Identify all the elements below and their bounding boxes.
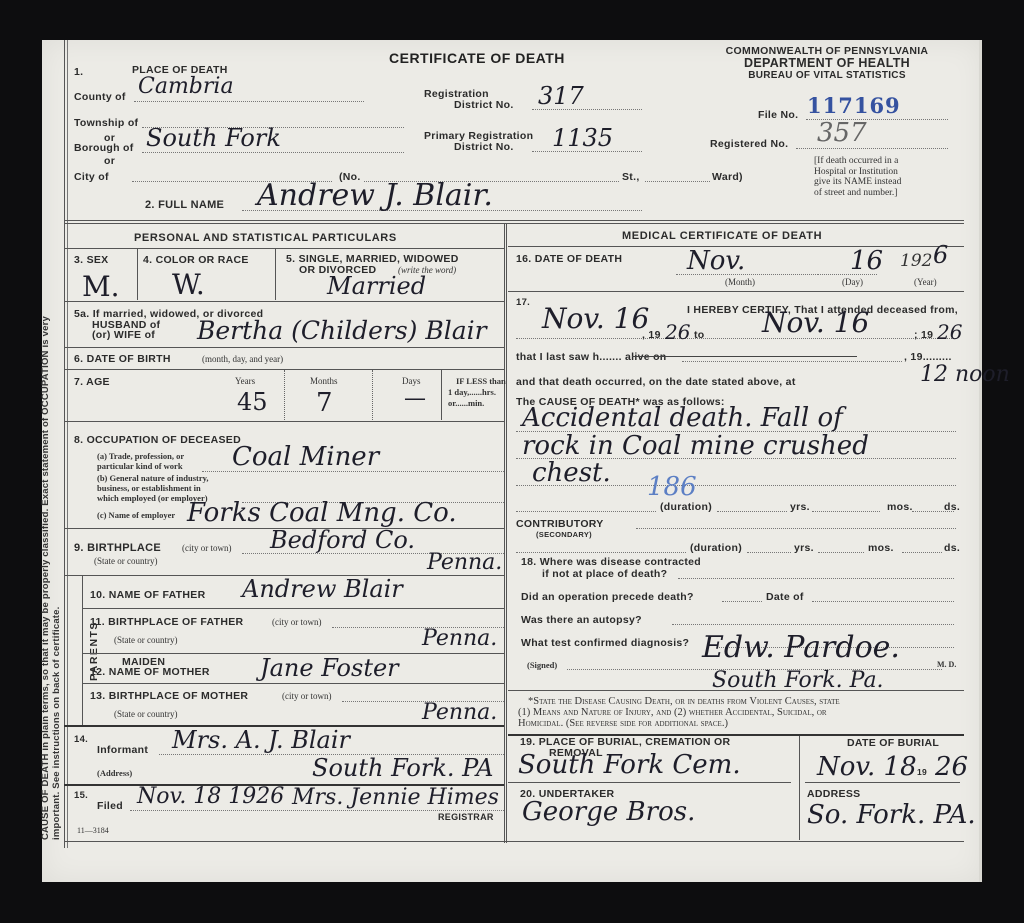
contrib-yrs-label: yrs. <box>794 542 814 554</box>
days-label: Days <box>402 376 421 386</box>
death-certificate: CAUSE OF DEATH in plain terms, so that i… <box>42 40 982 882</box>
county-line <box>134 101 364 102</box>
county-label: County of <box>74 91 126 103</box>
divider <box>64 220 964 221</box>
undertaker-address-value: So. Fork. PA. <box>807 800 976 830</box>
months-label: Months <box>310 376 338 386</box>
md-label: M. D. <box>937 660 956 669</box>
cell-divider <box>799 736 800 840</box>
occ-a-label-line: (a) Trade, profession, or <box>97 451 184 461</box>
column-divider <box>504 223 507 843</box>
dob-label: 6. DATE OF BIRTH <box>74 353 171 365</box>
certify-number: 17. <box>516 297 530 308</box>
death-year-label: (Year) <box>914 277 937 287</box>
death-year-prefix: 192 <box>900 251 932 271</box>
race-label: 4. COLOR OR RACE <box>143 254 249 266</box>
months-value: 7 <box>316 388 333 418</box>
father-name-label: 10. NAME OF FATHER <box>90 589 205 601</box>
death-month-value: Nov. <box>687 246 745 276</box>
hospital-note-line: [If death occurred in a <box>814 156 901 167</box>
personal-heading: PERSONAL AND STATISTICAL PARTICULARS <box>134 232 397 244</box>
mother-birthplace-value: Penna. <box>422 700 497 725</box>
autopsy-line <box>672 624 954 625</box>
secondary-label: (SECONDARY) <box>536 530 592 539</box>
less-than-line: or......min. <box>448 398 506 409</box>
borough-value: South Fork <box>146 124 281 152</box>
burial-place-value: South Fork Cem. <box>518 750 741 780</box>
years-value: 45 <box>237 388 268 416</box>
registered-no-line <box>796 148 948 149</box>
attended-from-year-prefix: , 19 <box>642 329 661 341</box>
informant-label: Informant <box>97 744 148 756</box>
attended-to-year-prefix: ; 19 <box>914 329 933 341</box>
last-saw-text: that I last saw h....... alive on <box>516 351 667 363</box>
yrs-label: yrs. <box>790 501 810 513</box>
death-month-label: (Month) <box>725 277 755 287</box>
street-label: St., <box>622 171 640 183</box>
cell-divider <box>137 248 138 300</box>
divider <box>82 608 504 609</box>
divider <box>508 782 791 783</box>
attended-from-year: 26 <box>665 320 690 344</box>
death-year-value: 6 <box>933 241 948 269</box>
mother-state-label: (State or country) <box>114 709 177 719</box>
duration-mos-line <box>812 511 880 512</box>
footnote-line: (1) Means and Nature of Injury, and (2) … <box>518 707 840 718</box>
last-saw-line <box>682 361 902 362</box>
contrib-mos-label: mos. <box>868 542 894 554</box>
years-label: Years <box>235 376 255 386</box>
cause-footnote: *State the Disease Causing Death, or in … <box>518 696 840 729</box>
city-label: City of <box>74 171 109 183</box>
days-value: — <box>404 386 426 411</box>
contributory-line <box>636 528 956 529</box>
sex-label: 3. SEX <box>74 254 108 266</box>
agency-line3: BUREAU OF VITAL STATISTICS <box>702 70 952 81</box>
filed-date-value: Nov. 18 1926 <box>137 784 284 809</box>
date-of-label: Date of <box>766 591 804 603</box>
informant-address-label: (Address) <box>97 768 132 778</box>
reg-district-label2: District No. <box>454 99 514 111</box>
contrib-mos-line <box>818 552 864 553</box>
hospital-note-line: of street and number.] <box>814 188 901 199</box>
divider <box>82 683 504 684</box>
margin-note-line2: important. See instructions on back of c… <box>51 80 62 840</box>
occ-c-value: Forks Coal Mng. Co. <box>187 498 457 528</box>
primary-reg-value: 1135 <box>552 124 613 152</box>
cause-line-2: rock in Coal mine crushed <box>522 431 869 461</box>
time-of-death-value: 12 noon <box>920 362 1010 387</box>
less-than-line: 1 day,......hrs. <box>448 387 506 398</box>
birthplace-state-label: (State or country) <box>94 556 157 566</box>
mother-name-label: 12. NAME OF MOTHER <box>90 666 210 678</box>
birthplace-label: 9. BIRTHPLACE <box>74 542 161 554</box>
registered-no-value: 357 <box>817 118 867 148</box>
occ-a-label: (a) Trade, profession, or particular kin… <box>97 451 184 471</box>
contracted-line <box>678 578 954 579</box>
occ-a-value: Coal Miner <box>232 442 379 472</box>
ward-line <box>645 181 710 182</box>
date-of-death-label: 16. DATE OF DEATH <box>516 253 622 265</box>
registered-no-label: Registered No. <box>710 138 788 150</box>
undertaker-address-label: ADDRESS <box>807 788 860 800</box>
medical-heading: MEDICAL CERTIFICATE OF DEATH <box>622 230 822 242</box>
test-label: What test confirmed diagnosis? <box>521 637 689 649</box>
county-value: Cambria <box>138 74 234 99</box>
burial-date-value: Nov. 18 <box>817 752 917 782</box>
primary-reg-label2: District No. <box>454 141 514 153</box>
registrar-value: Mrs. Jennie Himes <box>292 785 499 810</box>
agency-line2: DEPARTMENT OF HEALTH <box>702 57 952 70</box>
attended-line <box>516 338 956 339</box>
divider <box>508 291 964 292</box>
operation-date-line <box>812 601 954 602</box>
attended-to-value: Nov. 16 <box>762 306 869 339</box>
signed-label: (Signed) <box>527 660 557 670</box>
attended-to-year: 26 <box>937 320 962 344</box>
spouse-label3: (or) WIFE of <box>92 329 155 341</box>
father-name-value: Andrew Blair <box>242 575 403 603</box>
mother-birthplace-label: 13. BIRTHPLACE OF MOTHER <box>90 690 248 702</box>
birthplace-city-value: Bedford Co. <box>270 526 415 554</box>
cause-code: 186 <box>647 472 697 502</box>
father-birthplace-value: Penna. <box>422 626 497 651</box>
footnote-line: *State the Disease Causing Death, or in … <box>518 696 840 707</box>
contrib-ds-label: ds. <box>944 542 960 554</box>
file-no-label: File No. <box>758 109 798 121</box>
hospital-note: [If death occurred in a Hospital or Inst… <box>814 156 901 198</box>
cell-divider <box>372 370 373 420</box>
occ-c-label: (c) Name of employer <box>97 510 175 520</box>
occ-b-label-line: business, or establishment in <box>97 483 209 493</box>
form-number: 11—3184 <box>77 826 109 835</box>
operation-line <box>722 601 762 602</box>
duration-line <box>516 511 656 512</box>
birthplace-note: (city or town) <box>182 543 232 553</box>
file-no-value: 117169 <box>807 93 901 118</box>
marital-value: Married <box>327 272 426 300</box>
cell-divider <box>275 248 276 300</box>
township-label: Township of <box>74 117 138 129</box>
birthplace-state-value: Penna. <box>427 550 502 575</box>
strike-line <box>632 356 857 357</box>
divider <box>64 421 504 422</box>
mother-name-value: Jane Foster <box>260 654 399 682</box>
mother-birthplace-note: (city or town) <box>282 691 332 701</box>
ds-label: ds. <box>944 501 960 513</box>
divider <box>64 347 504 348</box>
age-label: 7. AGE <box>74 376 110 388</box>
signature-value: Edw. Pardoe. <box>702 630 900 665</box>
informant-address-value: South Fork. PA <box>312 754 493 782</box>
occ-b-label-line: (b) General nature of industry, <box>97 473 209 483</box>
cause-line-1: Accidental death. Fall of <box>522 403 843 433</box>
filed-label: Filed <box>97 800 123 812</box>
autopsy-label: Was there an autopsy? <box>521 614 642 626</box>
duration-yrs-line <box>717 511 787 512</box>
mos-label: mos. <box>887 501 913 513</box>
contracted-label1: 18. Where was disease contracted <box>521 556 701 568</box>
occupation-label: 8. OCCUPATION OF DECEASED <box>74 434 241 446</box>
agency-header: COMMONWEALTH OF PENNSYLVANIA DEPARTMENT … <box>702 45 952 81</box>
occ-a-label-line: particular kind of work <box>97 461 184 471</box>
cause-line-3: chest. <box>532 458 611 488</box>
footnote-line: Homicidal. (See reverse side for additio… <box>518 718 840 729</box>
operation-label: Did an operation precede death? <box>521 591 694 603</box>
section-1-number: 1. <box>74 66 83 78</box>
reg-district-value: 317 <box>538 82 584 110</box>
spouse-value: Bertha (Childers) Blair <box>197 316 487 345</box>
dob-note: (month, day, and year) <box>202 354 283 364</box>
informant-number: 14. <box>74 734 88 745</box>
parents-divider <box>82 575 83 725</box>
contrib-ds-line <box>902 552 942 553</box>
divider <box>508 690 964 691</box>
burial-year-value: 26 <box>935 752 968 782</box>
borough-line <box>142 152 404 153</box>
burial-date-label: DATE OF BURIAL <box>847 737 939 749</box>
certificate-title: CERTIFICATE OF DEATH <box>389 50 565 66</box>
father-state-label: (State or country) <box>114 635 177 645</box>
registrar-label: REGISTRAR <box>438 812 494 822</box>
hospital-note-line: give its NAME instead <box>814 177 901 188</box>
full-name-value: Andrew J. Blair. <box>257 178 493 213</box>
contributory-duration-line <box>516 552 686 553</box>
less-than-day: IF LESS than 1 day,......hrs. or......mi… <box>448 376 506 409</box>
filed-number: 15. <box>74 790 88 801</box>
death-day-label: (Day) <box>842 277 863 287</box>
to-label: to <box>694 329 705 341</box>
cell-divider <box>284 370 285 420</box>
occurred-text: and that death occurred, on the date sta… <box>516 376 796 388</box>
undertaker-value: George Bros. <box>522 797 695 827</box>
bottom-divider <box>64 841 964 842</box>
ward-label: Ward) <box>712 171 743 183</box>
contracted-label2: if not at place of death? <box>542 568 667 580</box>
divider <box>64 248 504 249</box>
burial-year-prefix: 19 <box>917 767 927 777</box>
margin-note-line1: CAUSE OF DEATH in plain terms, so that i… <box>40 80 51 840</box>
less-than-line: IF LESS than <box>448 376 506 387</box>
cell-divider <box>441 370 442 420</box>
father-birthplace-label: 11. BIRTHPLACE OF FATHER <box>90 616 243 628</box>
contrib-duration-label: (duration) <box>690 542 742 554</box>
race-value: W. <box>172 268 205 301</box>
paper-edge <box>979 40 982 882</box>
father-birthplace-note: (city or town) <box>272 617 322 627</box>
contributory-label: CONTRIBUTORY <box>516 518 604 530</box>
death-day-value: 16 <box>850 246 883 276</box>
full-name-label: 2. FULL NAME <box>145 199 224 211</box>
informant-value: Mrs. A. J. Blair <box>172 726 350 754</box>
divider <box>64 301 504 302</box>
sex-value: M. <box>82 270 120 303</box>
duration-label: (duration) <box>660 501 712 513</box>
attended-from-value: Nov. 16 <box>542 302 649 335</box>
borough-label: Borough of <box>74 142 134 154</box>
filed-line <box>130 810 504 811</box>
hospital-note-line: Hospital or Institution <box>814 167 901 178</box>
divider <box>805 782 960 783</box>
contrib-yrs-line <box>747 552 791 553</box>
divider <box>64 223 964 224</box>
or-label: or <box>104 155 115 167</box>
